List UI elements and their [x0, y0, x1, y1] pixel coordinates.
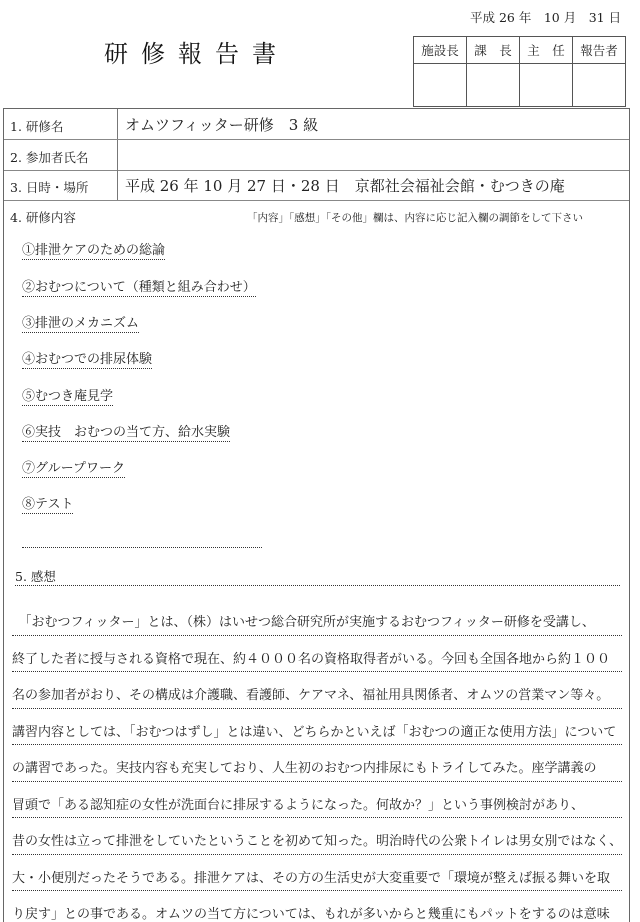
impressions-line: 大・小便別だったそうである。排泄ケアは、その方の生活史が大変重要で「環境が整えば… [12, 855, 622, 892]
participant-name-label: 2. 参加者氏名 [10, 148, 88, 166]
impressions-line: 名の参加者がおり、その構成は介護職、看護師、ケアマネ、福祉用具関係者、オムツの営… [12, 672, 622, 709]
section-note: 「内容」「感想」「その他」欄は、内容に応じ記入欄の調節をして下さい [247, 210, 583, 225]
content-item: ⑤むつき庵見学 [22, 389, 113, 406]
content-item: ①排泄ケアのための総論 [22, 243, 165, 260]
stamp-box-reporter[interactable] [573, 64, 626, 107]
form-row-datetime-place: 3. 日時・場所 平成 26 年 10 月 27 日・28 日 京都社会福祉会館… [4, 170, 629, 201]
column-divider [117, 140, 118, 170]
approval-stamp-table: 施設長 課 長 主 任 報告者 [413, 36, 626, 107]
datetime-place-label: 3. 日時・場所 [10, 178, 88, 196]
content-item: ⑦グループワーク [22, 461, 125, 478]
content-item: ④おむつでの排尿体験 [22, 352, 152, 369]
impressions-line: 「おむつフィッター」とは、（株）はいせつ総合研究所が実施するおむつフィッター研修… [12, 599, 622, 636]
training-name-field[interactable]: オムツフィッター研修 3 級 [125, 114, 318, 135]
column-divider [117, 170, 118, 200]
stamp-box-director[interactable] [414, 64, 467, 107]
column-divider [117, 109, 118, 139]
impressions-line: り戻す」との事である。オムツの当て方については、もれが多いからと幾重にもパットを… [12, 891, 622, 922]
impressions-text: 「おむつフィッター」とは、（株）はいせつ総合研究所が実施するおむつフィッター研修… [12, 599, 622, 922]
impressions-line: 冒頭で「ある認知症の女性が洗面台に排尿するようになった。何故か？」という事例検討… [12, 782, 622, 819]
impressions-line: 昔の女性は立って排泄をしていたということを初めて知った。明治時代の公衆トイレは男… [12, 818, 622, 855]
impressions-line: 講習内容としては、「おむつはずし」とは違い、どちらかといえば「おむつの適正な使用… [12, 709, 622, 746]
report-date: 平成 26 年 10 月 31 日 [470, 8, 621, 26]
content-item: ②おむつについて（種類と組み合わせ） [22, 280, 256, 297]
approval-header-section-chief: 課 長 [467, 37, 520, 64]
content-item: ⑥実技 おむつの当て方、給水実験 [22, 425, 230, 442]
approval-header-supervisor: 主 任 [520, 37, 573, 64]
section-training-content-label: 4. 研修内容 [10, 208, 76, 226]
impressions-line: 終了した者に授与される資格で現在、約４０００名の資格取得者がいる。今回も全国各地… [12, 636, 622, 673]
page-title: 研修報告書 [104, 34, 289, 69]
form-row-participant-name: 2. 参加者氏名 [4, 140, 629, 171]
stamp-box-section-chief[interactable] [467, 64, 520, 107]
impressions-line: の講習であった。実技内容も充実しており、人生初のおむつ内排尿にもトライしてみた。… [12, 745, 622, 782]
content-item: ⑧テスト [22, 497, 73, 514]
approval-header-reporter: 報告者 [573, 37, 626, 64]
training-name-label: 1. 研修名 [10, 117, 63, 135]
report-form: 1. 研修名 オムツフィッター研修 3 級 2. 参加者氏名 3. 日時・場所 … [3, 108, 630, 922]
form-row-training-name: 1. 研修名 オムツフィッター研修 3 級 [4, 109, 629, 140]
datetime-place-field[interactable]: 平成 26 年 10 月 27 日・28 日 京都社会福祉会館・むつきの庵 [125, 175, 565, 196]
stamp-box-supervisor[interactable] [520, 64, 573, 107]
section-impressions-label: 5. 感想 [15, 569, 620, 586]
approval-header-director: 施設長 [414, 37, 467, 64]
blank-entry-line[interactable] [22, 547, 262, 548]
content-item: ③排泄のメカニズム [22, 316, 139, 333]
